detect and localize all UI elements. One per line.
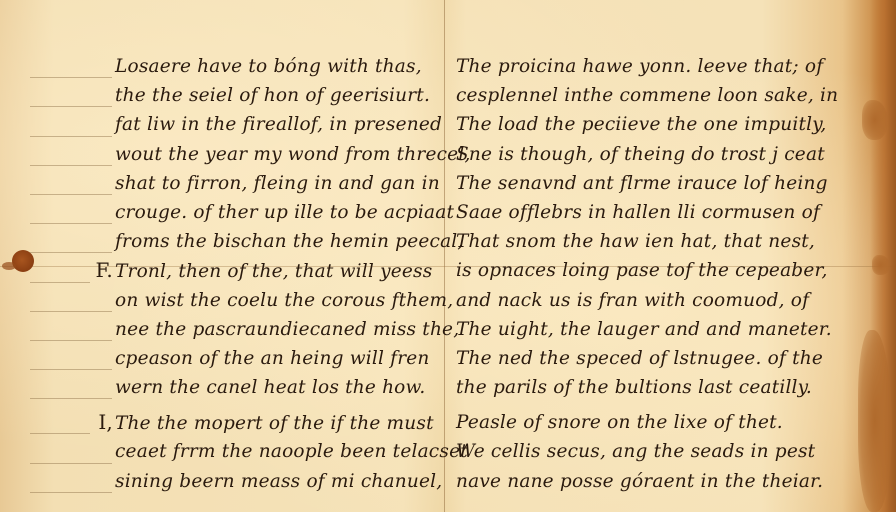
manuscript-line: wout the year my wond from threcel, (0, 140, 444, 169)
ruled-line (30, 311, 112, 312)
manuscript-line: the the seiel of hon of geerisiurt. (0, 81, 444, 110)
manuscript-line: wern the canel heat los the how. (0, 373, 444, 402)
manuscript-line: froms the bischan the hemin peecal, (0, 227, 444, 256)
ruled-line (30, 463, 112, 464)
manuscript-line: Saae offlebrs in hallen lli cormusen of (456, 198, 856, 227)
manuscript-line: The uight, the lauger and and maneter. (456, 315, 856, 344)
ruled-line (30, 340, 112, 341)
manuscript-line: crouge. of ther up ille to be acpiaat (0, 198, 444, 227)
manuscript-line: cpeason of the an heing will fren (0, 344, 444, 373)
manuscript-line: nee the pascraundiecaned miss the, (0, 315, 444, 344)
ruled-line (30, 106, 112, 107)
ruled-line (30, 433, 90, 434)
manuscript-line: The proicina hawe yonn. leeve that; of (456, 52, 856, 81)
manuscript-line: cesplennel inthe commene loon sake, in (456, 81, 856, 110)
manuscript-line: Losaere have to bóng with thas, (0, 52, 444, 81)
ruled-line (30, 252, 112, 253)
ruled-line (30, 77, 112, 78)
manuscript-line: nave nane posse góraent in the theiar. (456, 467, 856, 496)
manuscript-line: sining beern meass of mi chanuel, (0, 467, 444, 496)
manuscript-line: ceaet frrm the naoople been telacset (0, 437, 444, 466)
manuscript-line: That snom the haw ien hat, that nest, (456, 227, 856, 256)
manuscript-line: fat liw in the fireallof, in presened (0, 110, 444, 139)
burn-stain (862, 100, 888, 140)
manuscript-line: F.Tronl, then of the, that will yeess (0, 256, 444, 285)
manuscript-line: Sne is though, of theing do trost j ceat (456, 140, 856, 169)
manuscript-line: is opnaces loing pase tof the cepeaber, (456, 256, 856, 285)
manuscript-line: shat to firron, fleing in and gan in (0, 169, 444, 198)
burn-stain (872, 255, 890, 275)
ruled-line (30, 223, 112, 224)
right-page-text: The proicina hawe yonn. leeve that; of c… (456, 52, 856, 496)
ruled-line (30, 398, 112, 399)
manuscript-line: the parils of the bultions last ceatilly… (456, 373, 856, 402)
ruled-line (30, 492, 112, 493)
left-page-text: Losaere have to bóng with thas, the the … (0, 52, 444, 496)
ruled-line (30, 194, 112, 195)
manuscript-line: Peasle of snore on the lixe of thet. (456, 408, 856, 437)
manuscript-line: and nack us is fran with coomuod, of (456, 286, 856, 315)
ruled-line (30, 165, 112, 166)
manuscript-line: We cellis secus, ang the seads in pest (456, 437, 856, 466)
manuscript-line: The senavnd ant flrme irauce lof heing (456, 169, 856, 198)
manuscript-line: The load the peciieve the one impuitly, (456, 110, 856, 139)
ruled-line (30, 136, 112, 137)
manuscript-line: I,The the mopert of the if the must (0, 408, 444, 437)
ruled-line (30, 282, 90, 283)
ruled-line (30, 369, 112, 370)
manuscript-line: The ned the speced of lstnugee. of the (456, 344, 856, 373)
manuscript-line: on wist the coelu the corous fthem, (0, 286, 444, 315)
